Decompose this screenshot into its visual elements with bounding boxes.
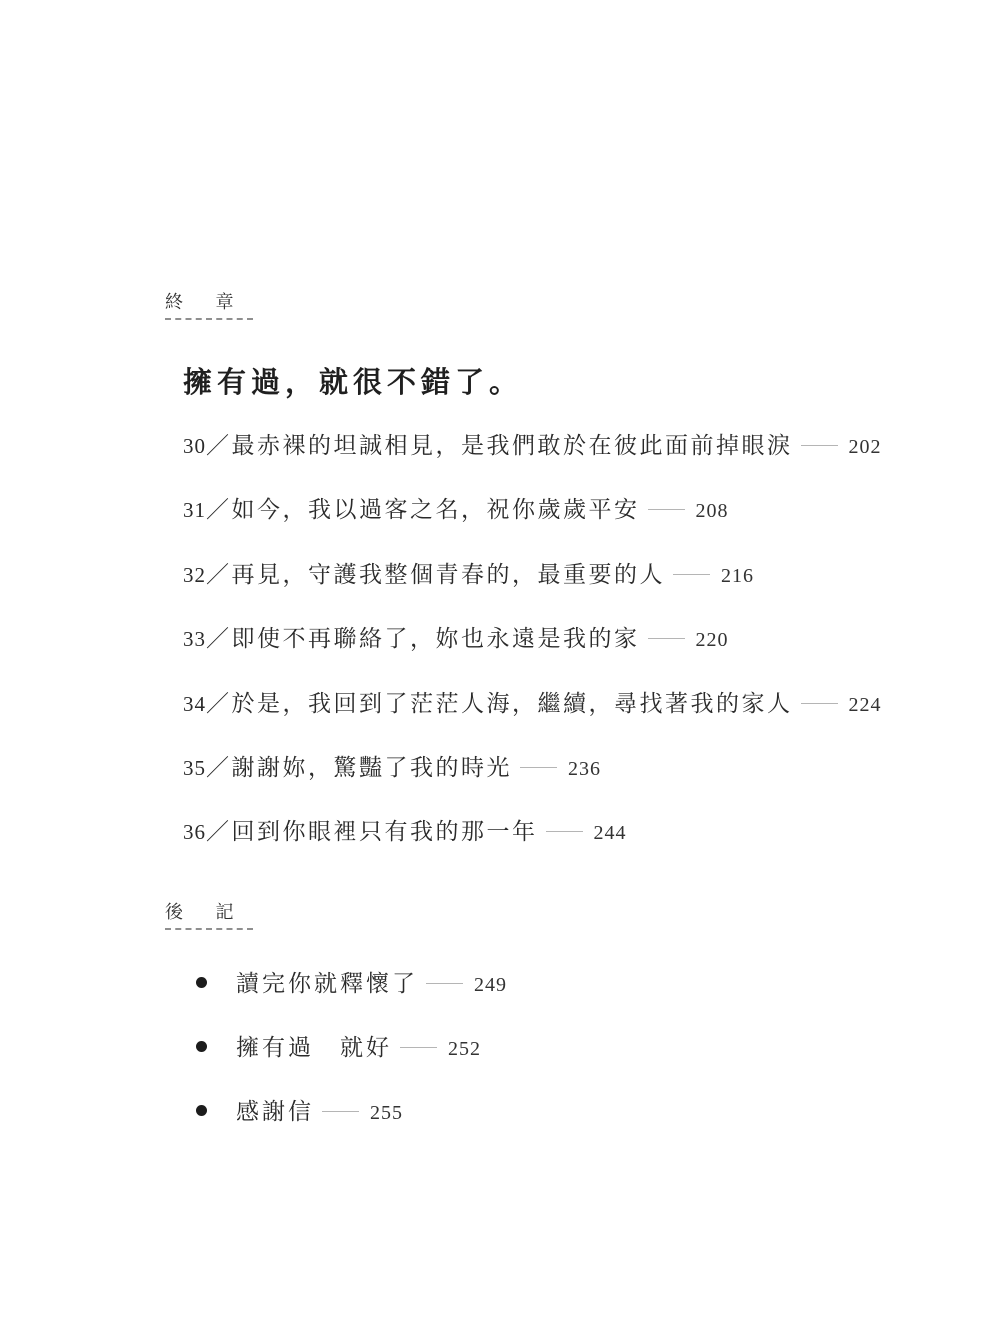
entry-number: 34 xyxy=(183,692,206,716)
entry-separator: ／ xyxy=(206,691,232,716)
entry-title: 再見，守護我整個青春的，最重要的人 xyxy=(232,562,666,587)
entry-title: 擁有過 就好 xyxy=(236,1035,392,1060)
entry-separator: ／ xyxy=(206,626,232,651)
entry-number: 31 xyxy=(183,498,206,522)
afterword-entry: 讀完你就釋懷了249 xyxy=(196,966,507,1030)
entry-separator: ／ xyxy=(206,562,232,587)
toc-entry: 33／即使不再聯絡了，妳也永遠是我的家220 xyxy=(183,624,882,688)
entry-title: 最赤裸的坦誠相見，是我們敢於在彼此面前掉眼淚 xyxy=(232,433,793,458)
leader-line xyxy=(801,703,838,704)
leader-line xyxy=(801,445,838,446)
final-chapter-label: 終 章 xyxy=(165,292,253,313)
leader-line xyxy=(520,767,557,768)
entry-title: 讀完你就釋懷了 xyxy=(236,971,418,996)
bullet-dot-icon xyxy=(196,1105,207,1116)
entry-page-number: 220 xyxy=(696,629,729,651)
entry-page-number: 249 xyxy=(474,974,507,996)
entry-number: 33 xyxy=(183,627,206,651)
entry-number: 30 xyxy=(183,434,206,458)
dashed-divider xyxy=(165,928,253,930)
bullet-dot-icon xyxy=(196,1041,207,1052)
entry-page-number: 244 xyxy=(594,822,627,844)
leader-line xyxy=(546,831,583,832)
entry-page-number: 208 xyxy=(696,500,729,522)
toc-entry: 30／最赤裸的坦誠相見，是我們敢於在彼此面前掉眼淚202 xyxy=(183,431,882,495)
entry-title: 謝謝妳，驚豔了我的時光 xyxy=(232,755,513,780)
afterword-label: 後 記 xyxy=(165,902,253,923)
leader-line xyxy=(648,509,685,510)
entry-separator: ／ xyxy=(206,819,232,844)
entry-number: 36 xyxy=(183,820,206,844)
afterword-entry: 擁有過 就好252 xyxy=(196,1030,507,1094)
dashed-divider xyxy=(165,318,253,320)
afterword-heading: 後 記 xyxy=(165,902,253,930)
afterword-entry: 感謝信255 xyxy=(196,1094,507,1158)
bullet-dot-icon xyxy=(196,977,207,988)
entry-separator: ／ xyxy=(206,497,232,522)
leader-line xyxy=(673,574,710,575)
entry-page-number: 216 xyxy=(721,565,754,587)
entry-title: 於是，我回到了茫茫人海，繼續，尋找著我的家人 xyxy=(232,691,793,716)
leader-line xyxy=(426,983,463,984)
entry-number: 35 xyxy=(183,756,206,780)
leader-line xyxy=(322,1111,359,1112)
entry-title: 即使不再聯絡了，妳也永遠是我的家 xyxy=(232,626,640,651)
entry-page-number: 236 xyxy=(568,758,601,780)
entry-page-number: 202 xyxy=(849,436,882,458)
entry-page-number: 255 xyxy=(370,1102,403,1124)
toc-entry: 31／如今，我以過客之名，祝你歲歲平安208 xyxy=(183,495,882,559)
toc-entry: 36／回到你眼裡只有我的那一年244 xyxy=(183,817,882,881)
entry-title: 如今，我以過客之名，祝你歲歲平安 xyxy=(232,497,640,522)
afterword-list: 讀完你就釋懷了249 擁有過 就好252 感謝信255 xyxy=(196,966,507,1158)
entry-page-number: 224 xyxy=(849,694,882,716)
final-chapter-toc: 30／最赤裸的坦誠相見，是我們敢於在彼此面前掉眼淚202 31／如今，我以過客之… xyxy=(183,431,882,882)
entry-separator: ／ xyxy=(206,755,232,780)
final-chapter-heading: 終 章 xyxy=(165,292,253,320)
entry-title: 回到你眼裡只有我的那一年 xyxy=(232,819,538,844)
leader-line xyxy=(400,1047,437,1048)
entry-separator: ／ xyxy=(206,433,232,458)
toc-entry: 32／再見，守護我整個青春的，最重要的人216 xyxy=(183,560,882,624)
entry-page-number: 252 xyxy=(448,1038,481,1060)
entry-number: 32 xyxy=(183,563,206,587)
leader-line xyxy=(648,638,685,639)
entry-title: 感謝信 xyxy=(236,1099,314,1124)
toc-entry: 34／於是，我回到了茫茫人海，繼續，尋找著我的家人224 xyxy=(183,689,882,753)
chapter-title: 擁有過，就很不錯了。 xyxy=(183,366,523,400)
toc-entry: 35／謝謝妳，驚豔了我的時光236 xyxy=(183,753,882,817)
book-toc-page: 終 章 擁有過，就很不錯了。 30／最赤裸的坦誠相見，是我們敢於在彼此面前掉眼淚… xyxy=(0,0,1000,1318)
